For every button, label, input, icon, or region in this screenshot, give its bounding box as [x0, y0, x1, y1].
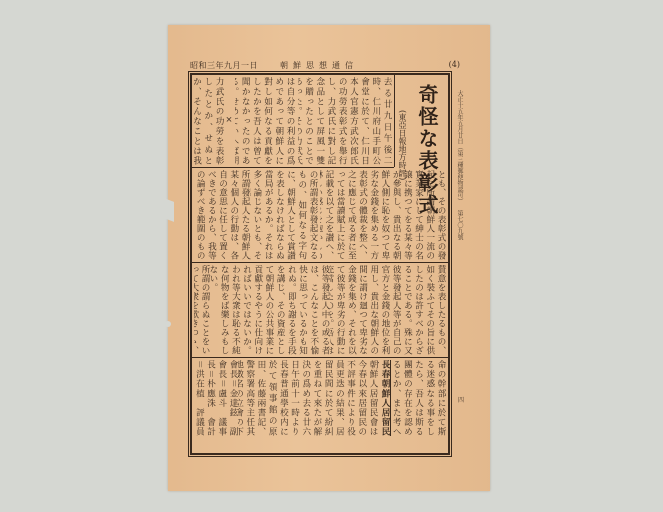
tier-divider-3: [192, 357, 448, 358]
officer-name: 盧斗: [217, 389, 227, 408]
article-text-block: 賛意を表したるもの、如く裝ふてその旨に供したのは許すべからざることである。殊に又…: [330, 265, 446, 355]
issue-number: 第七〇九號: [455, 210, 464, 240]
news-column-rule: [390, 360, 391, 436]
article-text-block: 彼等發起人中の或る者は、こんなことを不愉快に思っているかも知れぬ。即ち謝るを手段…: [210, 265, 330, 355]
tier-divider-2: [192, 262, 448, 263]
news-heading: 長春朝鮮人居留民會: [378, 360, 390, 436]
officer-name: 洪在植: [194, 370, 204, 399]
officer-name: 金達鉉: [228, 389, 238, 418]
title-box-rule: [394, 75, 395, 167]
article-text-block: 所謂の謂らぬことをいって大衆を歎きつゝ、一個人の力武氏に對し阿附せんとするのが醜…: [194, 265, 210, 355]
issue-date: 昭和三年九月一日: [190, 60, 258, 71]
article-text-block: 命の幹部に於て斯る迷惑なる事をしたら、吾人は斯る團體の存在を認めるとか、また考へ…: [392, 360, 446, 436]
officer-role: 會計: [206, 418, 216, 436]
page-number: (4): [449, 60, 460, 69]
page-header: 昭和三年九月一日 朝鮮思想通信 (4): [190, 60, 460, 72]
article-text-block: は自分等の利益の爲めであって朝鮮人に對し如何なる貢獻をしたかを吾人は曾て聞かなか…: [235, 77, 295, 165]
news-body: 朝鮮人居留民會は今春以來居留民の不評事件により役員更迭の結果、居留民間に於て紛糾…: [238, 360, 378, 436]
binding-hole: [165, 321, 171, 327]
article-text-block: 所謂發起人たる朝鮮人某々個人の行動は、各自の意思に任して置くべきであるから、我等…: [194, 170, 250, 260]
officer-role: 評議員: [194, 408, 204, 436]
article-text-block: 去る廿九日午後二時、仁川府山手町公會堂に於て、仁川日本人官憲方武次郎氏の功勞表彰…: [298, 77, 392, 165]
officer-name: 朴應洙: [206, 379, 216, 408]
postal-registration: 大正十五年五月廿日（第三種郵便物認可）: [455, 90, 464, 204]
officer-list: 會長＝金達鉉 副會長＝盧斗 議事長＝朴應洙 會計＝洪在植 評議員＝李昌東 委員 …: [194, 360, 238, 436]
publication-name: 朝鮮思想通信: [280, 60, 358, 71]
article-text-block: 力武氏の功勞を表彰したとか、せぬとか、そんなことは我等大衆の關知すべき必要もない…: [194, 77, 224, 165]
side-mark: 四: [458, 395, 464, 404]
torn-edge: [164, 198, 174, 222]
section-divider: ×: [224, 115, 234, 135]
article-text-block: の所謂表彰發起文なるもの、如何なる字句に、朝鮮人として賞讃を表しなければならぬ當…: [250, 170, 318, 260]
tier-divider-1: [192, 167, 394, 168]
article-text-block: とも、その表彰式の發起に所謂朝鮮人一流の實業家にして紳士の名譲に携つてをる某々等…: [320, 170, 446, 260]
officer-role: 會長: [228, 360, 238, 379]
